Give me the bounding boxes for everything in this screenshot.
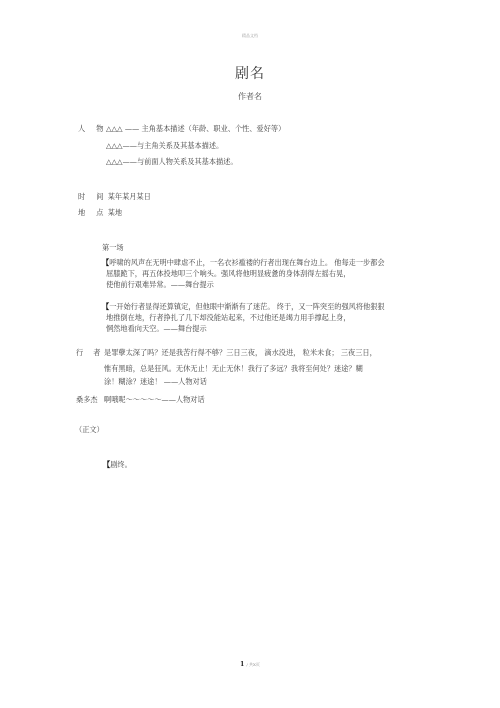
place-label-1: 地	[78, 208, 85, 217]
author-name: 作者名	[0, 91, 500, 102]
page-number: 1	[240, 661, 244, 668]
dialogue-speaker: 行者	[76, 348, 100, 357]
page-footer: 1/ 共X页	[0, 661, 500, 668]
body-placeholder: （正文）	[75, 425, 104, 434]
stage-direction: 【一开始行者显得还算镇定，但他眼中渐渐有了迷茫。 终于，又一阵突至的强风将他狠狠…	[102, 300, 432, 336]
dialogue-line: 啊哦呢～～～～～——人物对话	[104, 395, 205, 404]
stage-direction-line: 惘然地看向天空。——舞台提示	[102, 322, 432, 336]
stage-direction-line: 使他前行艰难异常。——舞台提示	[102, 278, 432, 292]
time-value: 某年某月某日	[108, 192, 151, 201]
character-line: △△△——与前面人物关系及其基本描述。	[106, 157, 238, 166]
place-label-2: 点	[96, 208, 103, 217]
place-row: 地点 某地	[78, 208, 122, 217]
character-line: △△△——与主角关系及其基本描述。	[106, 141, 223, 150]
stage-direction: 【呼啸的风声在无明中肆虐不止，一名衣衫褴褛的行者出现在舞台边上。 他每走一步都会…	[102, 256, 432, 292]
time-row: 时间 某年某月某日	[78, 192, 151, 201]
characters-label-2: 物	[96, 124, 103, 133]
characters-label-1: 人	[78, 124, 85, 133]
place-value: 某地	[108, 208, 122, 217]
characters-label: 人物	[78, 124, 103, 133]
ending: 【剧终。	[103, 460, 132, 469]
character-line: △△△ —— 主角基本描述（年龄、职业、个性、爱好等）	[106, 124, 285, 133]
scene-title: 第一场	[102, 243, 124, 252]
page-title: 剧名	[0, 63, 500, 83]
dialogue-line: 是罪孽太深了吗？还是我苦行得不够？三日三夜， 滴水没进， 粒米未食； 三夜三日，	[104, 348, 377, 357]
time-label-2: 间	[96, 192, 103, 201]
header-tag: 精品文档	[0, 33, 500, 39]
page-count: / 共X页	[246, 662, 259, 667]
dialogue-line: 惟有黑暗，总是狂风。无休无止！无止无休！我行了多远？我将至何处？迷途？糊	[104, 364, 363, 373]
dialogue-speaker: 桑多杰	[76, 395, 98, 404]
dialogue-line: 涂！糊涂？迷途！ ——人物对话	[104, 377, 207, 386]
time-label-1: 时	[78, 192, 85, 201]
